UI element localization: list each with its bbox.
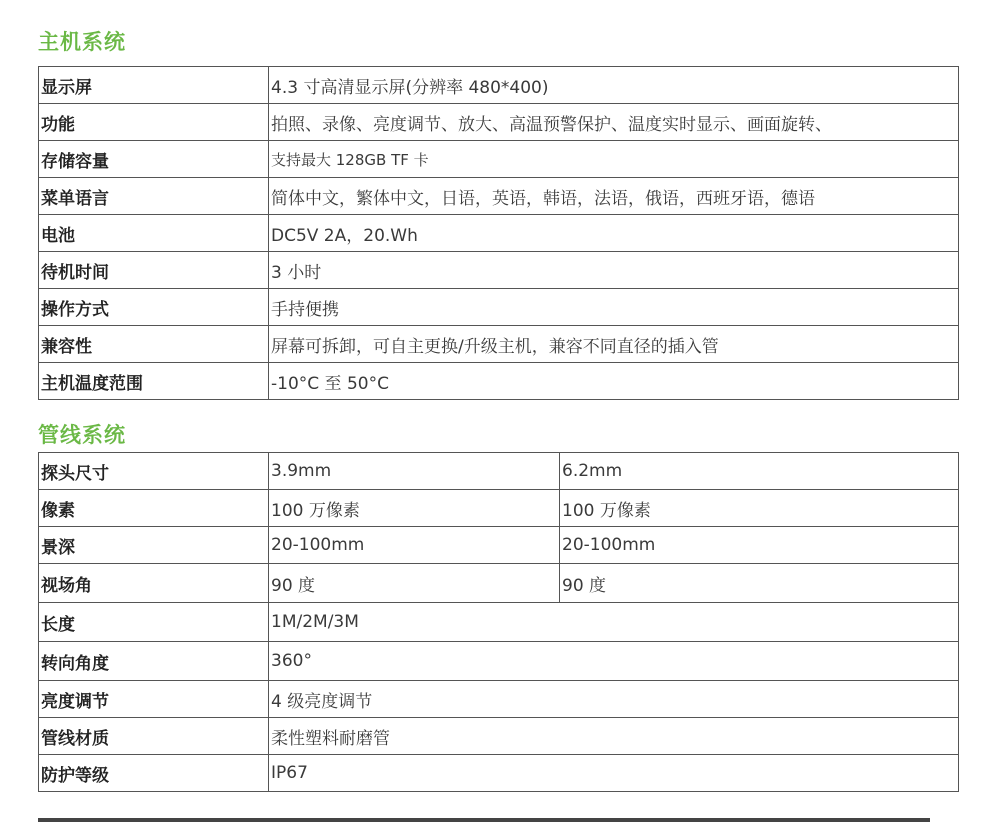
spec-value: 3 小时 — [269, 252, 959, 289]
spec-value: DC5V 2A，20.Wh — [269, 215, 959, 252]
spec-value-b: 6.2mm — [560, 453, 959, 490]
spec-label: 菜单语言 — [39, 178, 269, 215]
spec-value: 手持便携 — [269, 289, 959, 326]
spec-label: 探头尺寸 — [39, 453, 269, 490]
spec-label: 防护等级 — [39, 755, 269, 792]
spec-label: 像素 — [39, 490, 269, 527]
spec-row-menu-language: 菜单语言 简体中文，繁体中文，日语，英语，韩语，法语，俄语，西班牙语，德语 — [39, 178, 959, 215]
spec-value: 柔性塑料耐磨管 — [269, 718, 959, 755]
spec-value: 360° — [269, 642, 959, 681]
spec-value-a: 3.9mm — [269, 453, 560, 490]
section-title-pipeline-system: 管线系统 — [38, 419, 126, 449]
spec-value: 支持最大 128GB TF 卡 — [269, 141, 959, 178]
spec-row-material: 管线材质 柔性塑料耐磨管 — [39, 718, 959, 755]
pipeline-system-spec-table: 探头尺寸 3.9mm 6.2mm 像素 100 万像素 100 万像素 景深 2… — [38, 452, 959, 792]
spec-label: 景深 — [39, 527, 269, 564]
spec-value: IP67 — [269, 755, 959, 792]
spec-label: 待机时间 — [39, 252, 269, 289]
spec-value: 4.3 寸高清显示屏(分辨率 480*400) — [269, 67, 959, 104]
spec-label: 存储容量 — [39, 141, 269, 178]
spec-row-battery: 电池 DC5V 2A，20.Wh — [39, 215, 959, 252]
spec-row-depth-of-field: 景深 20-100mm 20-100mm — [39, 527, 959, 564]
spec-label: 功能 — [39, 104, 269, 141]
spec-row-functions: 功能 拍照、录像、亮度调节、放大、高温预警保护、温度实时显示、画面旋转、 — [39, 104, 959, 141]
spec-value-b: 90 度 — [560, 564, 959, 603]
spec-row-steering-angle: 转向角度 360° — [39, 642, 959, 681]
spec-row-brightness: 亮度调节 4 级亮度调节 — [39, 681, 959, 718]
spec-label: 电池 — [39, 215, 269, 252]
spec-value-a: 100 万像素 — [269, 490, 560, 527]
spec-row-probe-size: 探头尺寸 3.9mm 6.2mm — [39, 453, 959, 490]
spec-row-operation: 操作方式 手持便携 — [39, 289, 959, 326]
spec-label: 亮度调节 — [39, 681, 269, 718]
spec-row-storage: 存储容量 支持最大 128GB TF 卡 — [39, 141, 959, 178]
spec-value-b: 100 万像素 — [560, 490, 959, 527]
spec-row-pixels: 像素 100 万像素 100 万像素 — [39, 490, 959, 527]
spec-row-standby: 待机时间 3 小时 — [39, 252, 959, 289]
spec-row-compatibility: 兼容性 屏幕可拆卸，可自主更换/升级主机，兼容不同直径的插入管 — [39, 326, 959, 363]
spec-row-display: 显示屏 4.3 寸高清显示屏(分辨率 480*400) — [39, 67, 959, 104]
spec-row-protection-rating: 防护等级 IP67 — [39, 755, 959, 792]
spec-label: 兼容性 — [39, 326, 269, 363]
spec-value: -10°C 至 50°C — [269, 363, 959, 400]
spec-value: 拍照、录像、亮度调节、放大、高温预警保护、温度实时显示、画面旋转、 — [269, 104, 959, 141]
spec-row-field-of-view: 视场角 90 度 90 度 — [39, 564, 959, 603]
spec-label: 视场角 — [39, 564, 269, 603]
spec-value: 1M/2M/3M — [269, 603, 959, 642]
spec-value: 简体中文，繁体中文，日语，英语，韩语，法语，俄语，西班牙语，德语 — [269, 178, 959, 215]
spec-row-length: 长度 1M/2M/3M — [39, 603, 959, 642]
spec-value: 4 级亮度调节 — [269, 681, 959, 718]
spec-value-a: 90 度 — [269, 564, 560, 603]
host-system-spec-table: 显示屏 4.3 寸高清显示屏(分辨率 480*400) 功能 拍照、录像、亮度调… — [38, 66, 959, 400]
spec-label: 转向角度 — [39, 642, 269, 681]
spec-row-temperature-range: 主机温度范围 -10°C 至 50°C — [39, 363, 959, 400]
spec-label: 主机温度范围 — [39, 363, 269, 400]
spec-value-a: 20-100mm — [269, 527, 560, 564]
spec-value: 屏幕可拆卸，可自主更换/升级主机，兼容不同直径的插入管 — [269, 326, 959, 363]
spec-label: 显示屏 — [39, 67, 269, 104]
section-title-host-system: 主机系统 — [38, 26, 126, 56]
footer-divider — [38, 818, 930, 822]
spec-label: 长度 — [39, 603, 269, 642]
spec-label: 操作方式 — [39, 289, 269, 326]
spec-value-b: 20-100mm — [560, 527, 959, 564]
spec-label: 管线材质 — [39, 718, 269, 755]
